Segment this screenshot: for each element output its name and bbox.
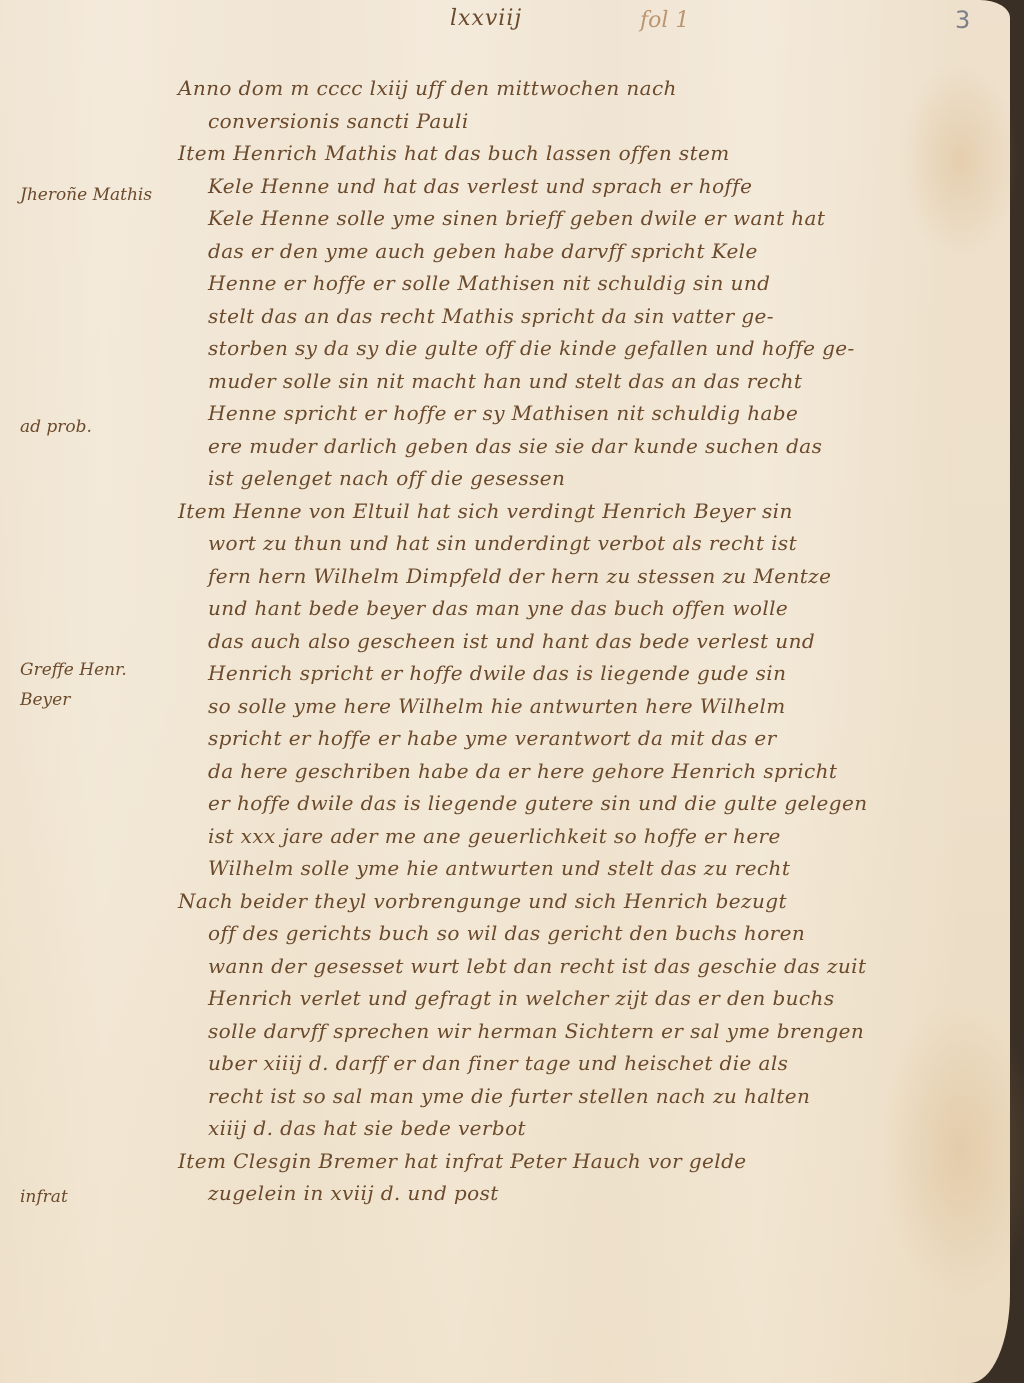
text-line: Nach beider theyl vorbrengunge und sich …	[178, 885, 998, 918]
margin-note: Jheroñe Mathis	[20, 180, 160, 210]
text-line: Anno dom m cccc lxiij uff den mittwochen…	[178, 72, 998, 105]
foliation-note: fol 1	[640, 8, 689, 33]
folio-number: lxxviij	[450, 6, 522, 31]
text-line: Item Henrich Mathis hat das buch lassen …	[178, 137, 998, 170]
text-line: fern hern Wilhelm Dimpfeld der hern zu s…	[178, 560, 998, 593]
text-line: Henrich verlet und gefragt in welcher zi…	[178, 982, 998, 1015]
text-line: muder solle sin nit macht han und stelt …	[178, 365, 998, 398]
text-line: uber xiiij d. darff er dan finer tage un…	[178, 1047, 998, 1080]
text-line: wort zu thun und hat sin underdingt verb…	[178, 527, 998, 560]
text-line: Kele Henne und hat das verlest und sprac…	[178, 170, 998, 203]
text-line: Item Henne von Eltuil hat sich verdingt …	[178, 495, 998, 528]
text-line: ist gelenget nach off die gesessen	[178, 462, 998, 495]
margin-note: Greffe Henr. Beyer	[20, 655, 160, 715]
text-line: und hant bede beyer das man yne das buch…	[178, 592, 998, 625]
text-line: Henrich spricht er hoffe dwile das is li…	[178, 657, 998, 690]
text-line: das auch also gescheen ist und hant das …	[178, 625, 998, 658]
text-line: zugelein in xviij d. und post	[178, 1177, 998, 1210]
text-line: ere muder darlich geben das sie sie dar …	[178, 430, 998, 463]
text-line: ist xxx jare ader me ane geuerlichkeit s…	[178, 820, 998, 853]
text-line: wann der gesesset wurt lebt dan recht is…	[178, 950, 998, 983]
text-line: recht ist so sal man yme die furter stel…	[178, 1080, 998, 1113]
text-line: das er den yme auch geben habe darvff sp…	[178, 235, 998, 268]
text-line: storben sy da sy die gulte off die kinde…	[178, 332, 998, 365]
modern-page-number: 3	[955, 6, 970, 34]
text-line: so solle yme here Wilhelm hie antwurten …	[178, 690, 998, 723]
margin-note: ad prob.	[20, 412, 160, 442]
manuscript-body: Anno dom m cccc lxiij uff den mittwochen…	[178, 72, 998, 1210]
text-line: Henne er hoffe er solle Mathisen nit sch…	[178, 267, 998, 300]
text-line: Item Clesgin Bremer hat infrat Peter Hau…	[178, 1145, 998, 1178]
text-line: er hoffe dwile das is liegende gutere si…	[178, 787, 998, 820]
text-line: xiiij d. das hat sie bede verbot	[178, 1112, 998, 1145]
text-line: solle darvff sprechen wir herman Sichter…	[178, 1015, 998, 1048]
text-line: stelt das an das recht Mathis spricht da…	[178, 300, 998, 333]
manuscript-page: lxxviij fol 1 3 Jheroñe Mathis ad prob. …	[0, 0, 1010, 1383]
text-line: Wilhelm solle yme hie antwurten und stel…	[178, 852, 998, 885]
margin-note: infrat	[20, 1182, 160, 1212]
text-line: Henne spricht er hoffe er sy Mathisen ni…	[178, 397, 998, 430]
text-line: spricht er hoffe er habe yme verantwort …	[178, 722, 998, 755]
text-line: conversionis sancti Pauli	[178, 105, 998, 138]
text-line: da here geschriben habe da er here gehor…	[178, 755, 998, 788]
text-line: off des gerichts buch so wil das gericht…	[178, 917, 998, 950]
text-line: Kele Henne solle yme sinen brieff geben …	[178, 202, 998, 235]
